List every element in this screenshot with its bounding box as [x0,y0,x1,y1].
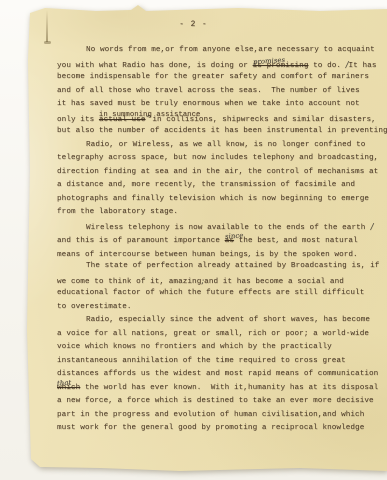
corrected-segment: sinceas [225,235,234,249]
handwritten-word-above: promises [252,55,285,65]
typed-text: voice which knows no frontiers and which… [57,343,332,351]
typed-line: instantaneous annihilation of the time r… [57,355,385,369]
typed-line: voice which knows no frontiers and which… [57,341,385,355]
typed-line: it has saved must be truly enormous when… [57,98,385,112]
typed-text: to do. [308,62,345,70]
handwritten-word-above: that [57,378,72,387]
typed-line: distances affords us the widest and most… [57,368,385,382]
handwritten-word-above: since [224,231,243,240]
typed-line: from the laboratory stage. [57,206,385,220]
typed-text: is by the spoken word. [251,251,358,259]
typed-text: a voice for all nations, great or small,… [57,330,369,338]
typed-text: Radio, or Wireless, as we all know, is n… [86,141,365,149]
typed-text: Radio, especially since the advent of sh… [86,316,370,324]
typed-line: direction finding at sea and in the air,… [57,166,385,180]
typed-text: and most natural [279,237,358,245]
corrected-segment: thatwhich [57,382,80,396]
typed-line: educational factor of which the future e… [57,287,385,301]
typewritten-text-block: No words from me,or from anyone else,are… [57,44,385,436]
typed-text: only its [57,116,99,124]
typed-text: instantaneous annihilation of the time r… [57,357,346,365]
typed-line: Wireless telephony is now available to t… [57,220,385,234]
typed-line: telegraphy across space, but now include… [57,152,385,166]
typed-line: a new force, a force which is destined t… [57,395,385,409]
page-number: - 2 - [0,21,387,29]
typed-text: No words from me,or from anyone else,are… [86,46,375,54]
typed-line: The state of perfection already attained… [57,260,385,274]
typed-line: to overestimate. [57,301,385,315]
typed-line: become indispensable for the greater saf… [57,71,385,85]
typed-text: The state of perfection already attained… [86,262,379,270]
typed-text: and of all those who travel across the s… [57,87,360,95]
typed-text: from the laboratory stage. [57,208,178,216]
typed-line: thatwhich the world has ever known. With… [57,382,385,396]
typed-text: direction finding at sea and in the air,… [57,168,378,176]
typed-text: and it has become a social and [204,278,344,286]
typed-line: but also the number of accidents it has … [57,125,385,139]
typed-line: a distance and, more recently, the trans… [57,179,385,193]
typed-line: Radio, or Wireless, as we all know, is n… [57,139,385,153]
typed-text: means of intercourse between human being… [57,251,248,259]
typed-line: we come to think of it, amazing;and it h… [57,274,385,288]
typed-text: telegraphy across space, but now include… [57,154,378,162]
typed-text: educational factor of which the future e… [57,289,364,297]
typed-text: we come to think of it, amazing [57,278,201,286]
corrected-segment: promisesis promising [253,60,309,74]
typed-text: become indispensable for the greater saf… [57,73,369,81]
typed-line: No words from me,or from anyone else,are… [57,44,385,58]
typed-insertion-above: in summoning assistance [99,111,201,119]
typed-text: and this is of paramount importance [57,237,225,245]
corrected-segment: in summoning assistanceactual use [99,114,146,128]
typed-line: photographs and finally television which… [57,193,385,207]
typed-text: but also the number of accidents it has … [57,127,387,135]
typed-text: must work for the general good by promot… [57,424,364,432]
typed-text: part in the progress and evolution of hu… [57,411,364,419]
typed-line: part in the progress and evolution of hu… [57,409,385,423]
typed-text: distances affords us the widest and most… [57,370,378,378]
paper: - 2 - No words from me,or from anyone el… [0,0,387,480]
typed-line: means of intercourse between human being… [57,247,385,261]
typed-line: Radio, especially since the advent of sh… [57,314,385,328]
typed-line: only its in summoning assistanceactual u… [57,112,385,126]
typed-text: a distance and, more recently, the trans… [57,181,355,189]
typed-text: it has saved must be truly enormous when… [57,100,360,108]
typed-text: Wireless telephony is now available to t… [86,224,365,232]
handwritten-mark: / [365,222,373,231]
paper-wrapper: - 2 - No words from me,or from anyone el… [0,0,387,480]
typed-line: and this is of paramount importance sinc… [57,233,385,247]
typed-line: a voice for all nations, great or small,… [57,328,385,342]
typed-text: It has [349,62,377,70]
typed-text: a new force, a force which is destined t… [57,397,374,405]
typed-line: you with what Radio has done, is doing o… [57,58,385,72]
typed-text: to overestimate. [57,303,132,311]
typed-line: must work for the general good by promot… [57,422,385,436]
typed-text: you with what Radio has done, is doing o… [57,62,253,70]
typed-line: and of all those who travel across the s… [57,85,385,99]
typed-text: the world has ever known. With it,humani… [80,384,378,392]
typed-text: photographs and finally television which… [57,195,369,203]
